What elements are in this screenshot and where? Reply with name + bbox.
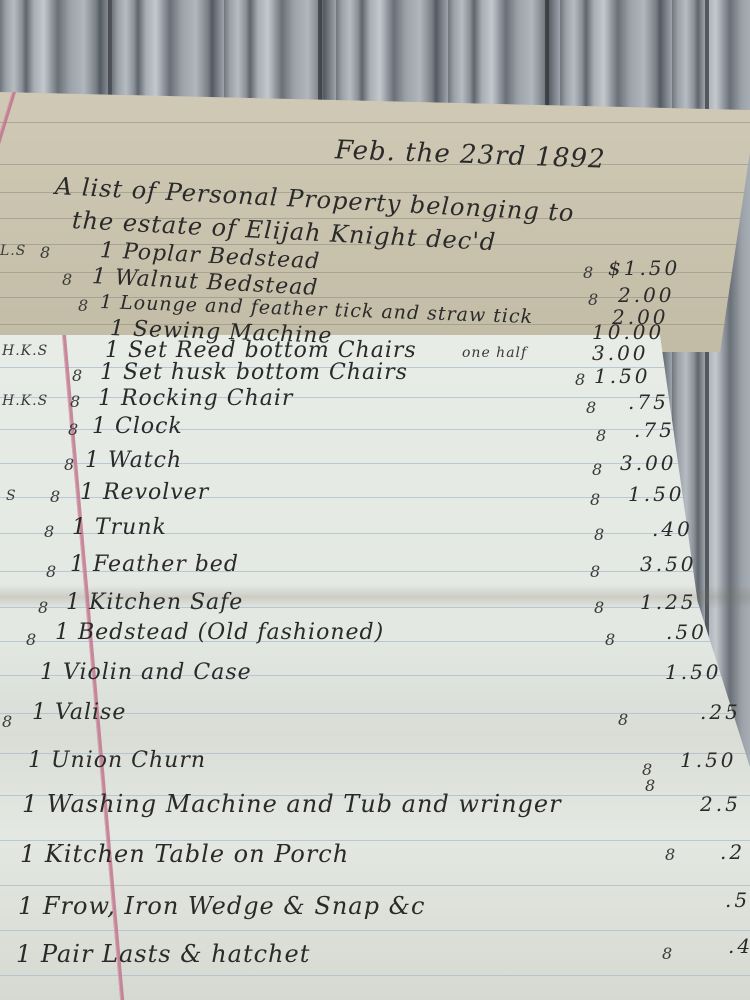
item-description: 1 Frow, Iron Wedge & Snap &c xyxy=(18,892,425,920)
item-tick-right: 8 xyxy=(594,598,605,617)
item-tick-right: 8 xyxy=(590,490,601,509)
item-description: 1 Kitchen Safe xyxy=(66,590,243,615)
item-value: 2.00 xyxy=(618,283,675,307)
item-tick-right: 8 xyxy=(583,263,594,282)
item-tick-right: 8 xyxy=(665,845,676,864)
item-description: 1 Feather bed xyxy=(70,552,239,577)
item-tick-right: 8 xyxy=(605,630,616,649)
item-value: .4 xyxy=(728,934,750,958)
item-tick: 8 xyxy=(64,455,75,474)
item-description: 1 Pair Lasts & hatchet xyxy=(16,940,310,968)
item-description: 1 Trunk xyxy=(72,515,167,540)
item-tick-right: 8 xyxy=(662,944,673,963)
item-value: .75 xyxy=(634,418,675,442)
item-value: 1.50 xyxy=(594,364,651,388)
item-value: .75 xyxy=(628,390,669,414)
item-description: 1 Bedstead (Old fashioned) xyxy=(55,620,384,645)
item-value: 1.50 xyxy=(628,482,685,506)
item-margin-note: H.K.S xyxy=(2,393,48,409)
item-description: 1 Watch xyxy=(85,448,182,473)
item-tick: 8 xyxy=(2,712,13,731)
item-value: 1.25 xyxy=(640,590,697,614)
item-description: 1 Kitchen Table on Porch xyxy=(20,840,349,868)
item-tick-right: 8 xyxy=(592,460,603,479)
item-value: 1.50 xyxy=(680,748,737,772)
item-tick-right: 8 xyxy=(645,776,656,795)
item-value: 2.5 xyxy=(700,792,741,816)
item-description: 1 Valise xyxy=(32,700,126,725)
item-tick: 8 xyxy=(38,598,49,617)
item-description: 1 Clock xyxy=(92,414,183,439)
item-tick: 8 xyxy=(78,296,89,315)
item-tick-right: 8 xyxy=(590,562,601,581)
item-description: 1 Revolver xyxy=(80,480,209,505)
item-value: .25 xyxy=(700,700,741,724)
item-tick: 8 xyxy=(26,630,37,649)
item-value: 3.00 xyxy=(620,451,677,475)
item-description: 1 Washing Machine and Tub and wringer xyxy=(22,790,562,818)
item-value: .2 xyxy=(720,840,745,864)
item-value: 1.50 xyxy=(665,660,722,684)
item-description: 1 Rocking Chair xyxy=(98,386,293,411)
item-tick-right: 8 xyxy=(596,426,607,445)
item-tick: 8 xyxy=(70,392,81,411)
item-tick-right: 8 xyxy=(618,710,629,729)
item-tick: 8 xyxy=(46,562,57,581)
item-tick-right: 8 xyxy=(588,290,599,309)
item-value: 3.00 xyxy=(592,341,649,365)
item-value: 3.50 xyxy=(640,552,697,576)
item-value: .50 xyxy=(666,620,707,644)
item-tick-right: 8 xyxy=(586,398,597,417)
item-value: .5 xyxy=(725,888,750,912)
item-margin-note: L.S xyxy=(0,243,26,259)
item-tick: 8 xyxy=(68,420,79,439)
item-tick: 8 xyxy=(50,487,61,506)
item-tick: 8 xyxy=(62,270,73,289)
item-margin-note: H.K.S xyxy=(2,343,48,359)
item-value: .40 xyxy=(652,517,693,541)
item-tick: 8 xyxy=(44,522,55,541)
item-description: 1 Violin and Case xyxy=(40,660,252,685)
item-value: $1.50 xyxy=(608,256,680,280)
item-tick: 8 xyxy=(40,243,51,262)
item-margin-note: S xyxy=(6,488,17,504)
item-tick: 8 xyxy=(72,366,83,385)
item-description: 1 Set husk bottom Chairs xyxy=(100,360,408,385)
item-tick-right: 8 xyxy=(575,370,586,389)
item-description: 1 Union Churn xyxy=(28,748,206,773)
item-annotation: one half xyxy=(462,345,527,361)
item-tick-right: 8 xyxy=(594,525,605,544)
